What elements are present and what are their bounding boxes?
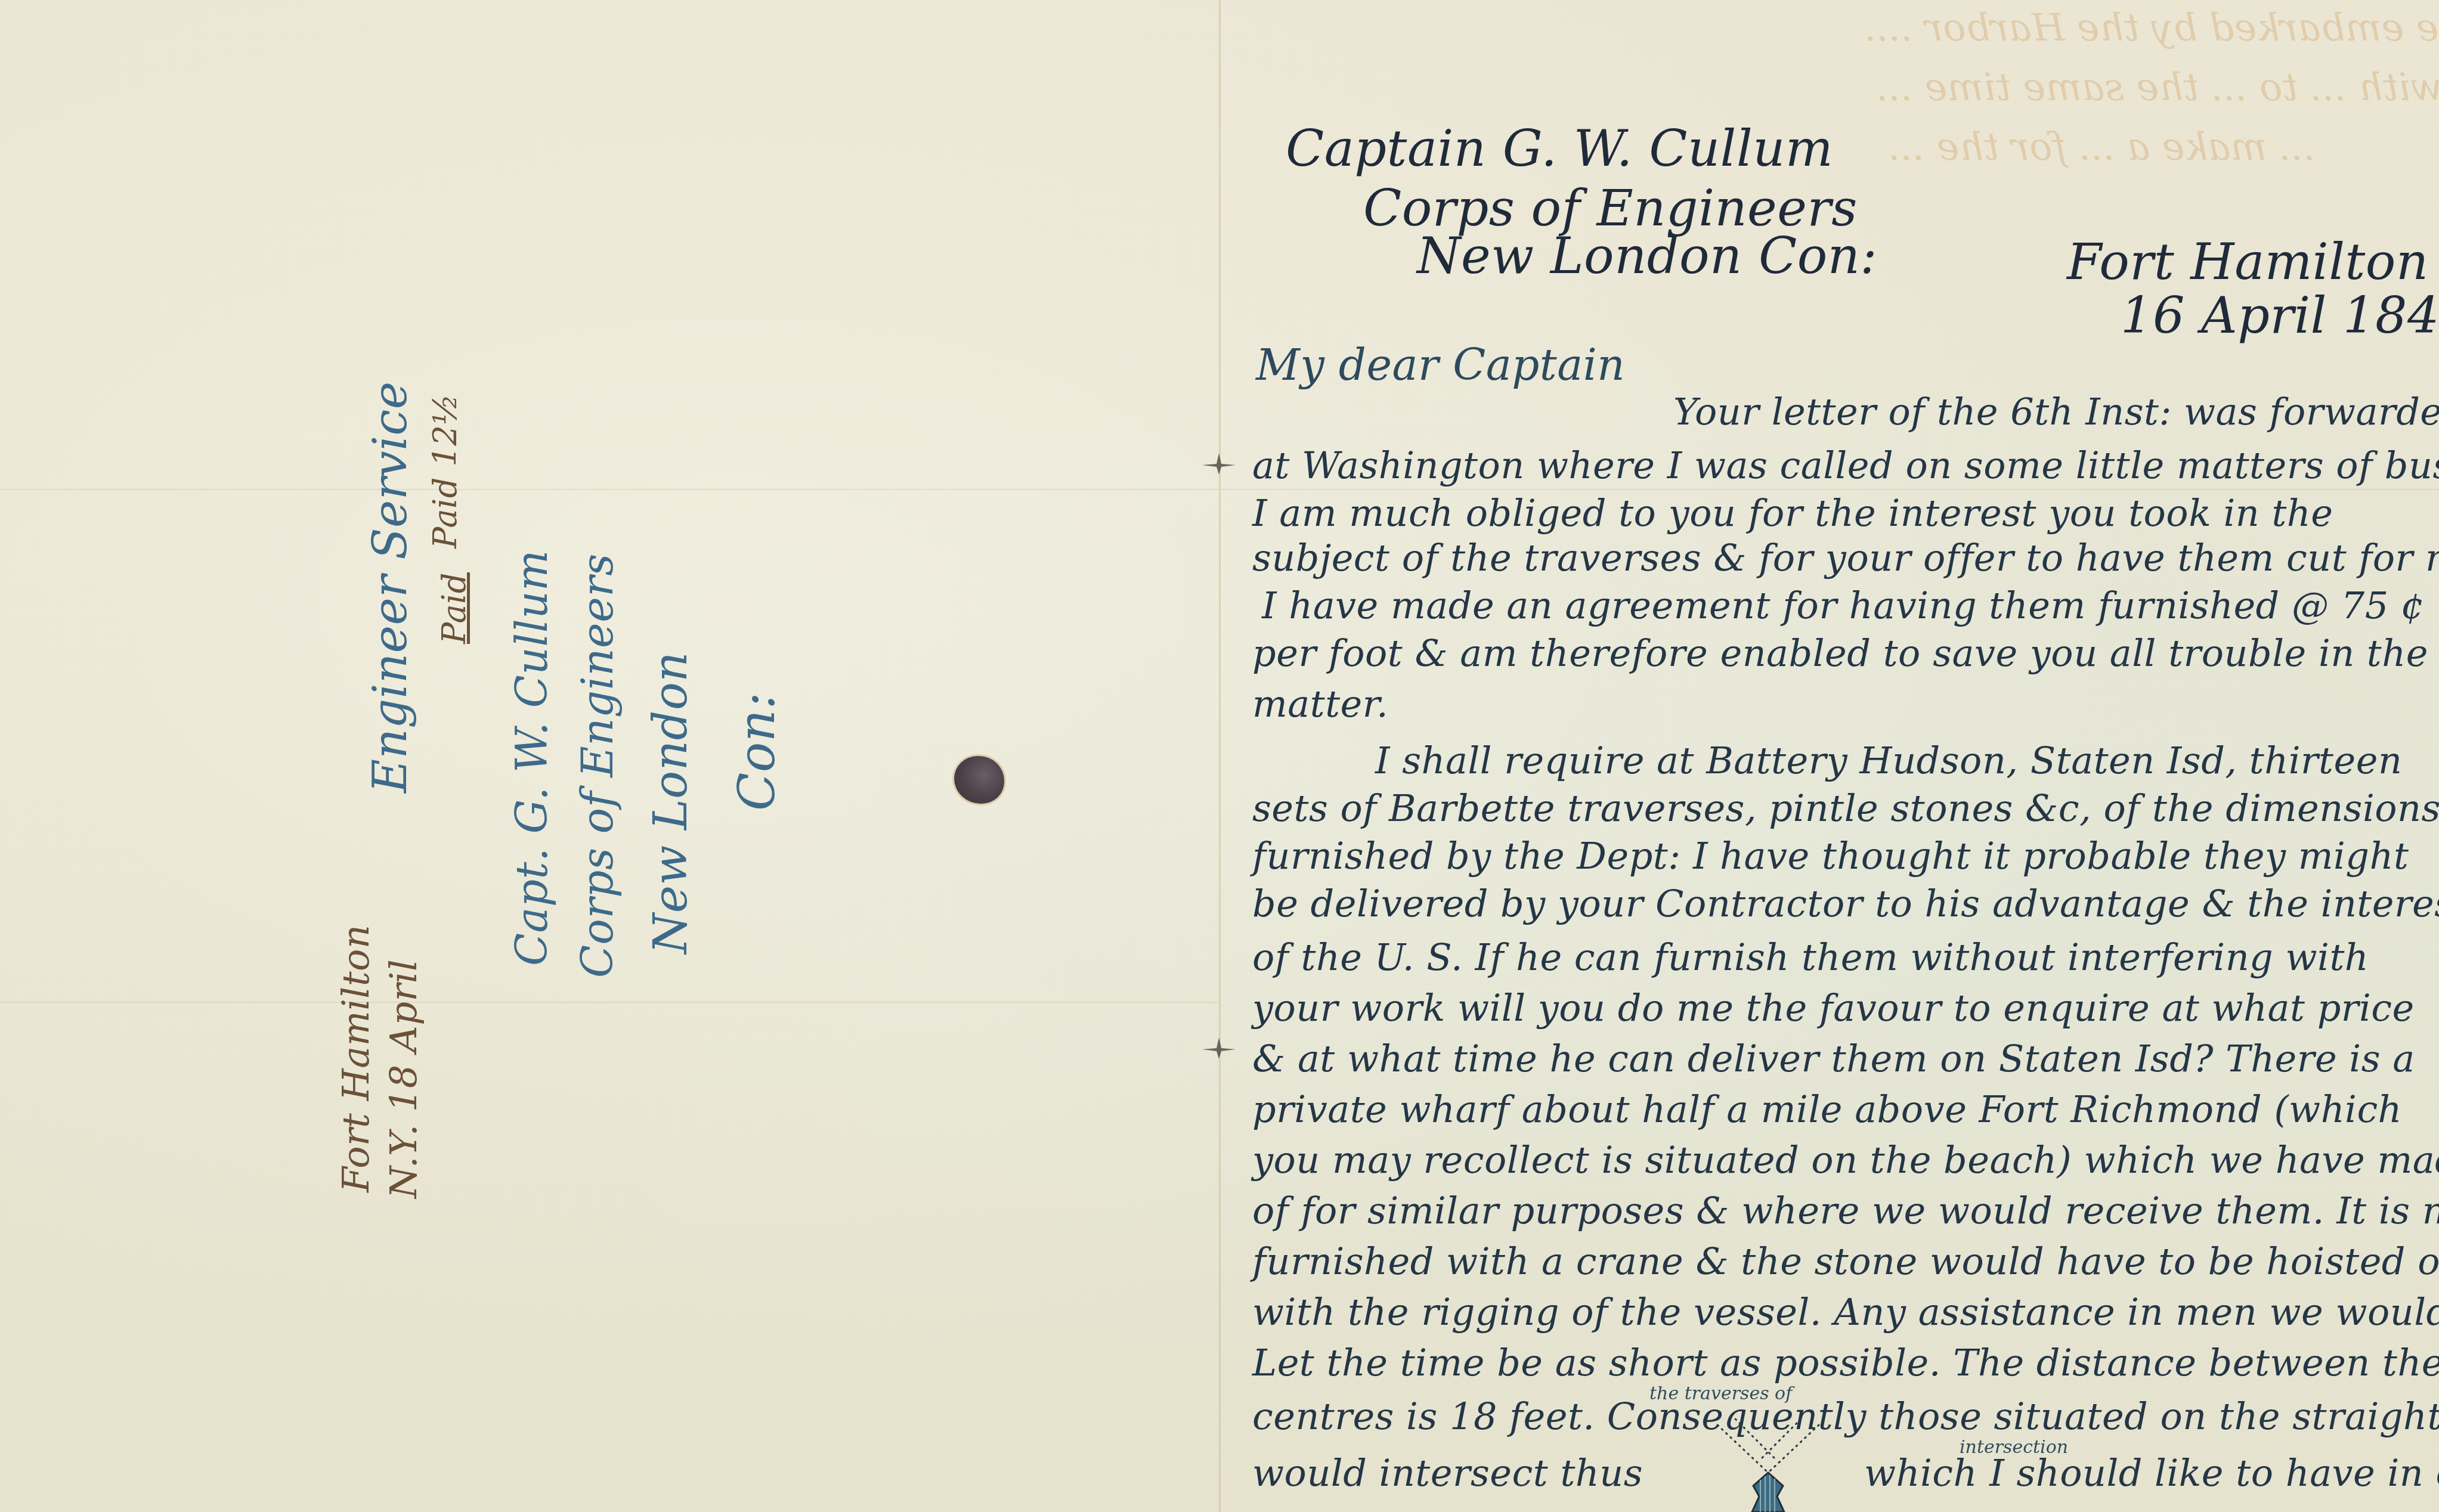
endorse-address-2: Corps of Engineers (572, 553, 623, 978)
letter-spread: Fort Hamilton N.Y. 18 April Engineer Ser… (0, 0, 2439, 1512)
body-line: private wharf about half a mile above Fo… (1252, 1091, 2402, 1128)
fold-line (0, 1002, 1218, 1003)
body-line: sets of Barbette traverses, pintle stone… (1252, 790, 2439, 827)
body-line: at Washington where I was called on some… (1252, 447, 2439, 484)
address-recipient: Captain G. W. Cullum (1286, 119, 1833, 178)
interlinear-note: intersection (1960, 1437, 2068, 1458)
postage-rate: Paid 12½ (426, 394, 464, 549)
bleed-through-text: be embarked by the Harbor .... (1864, 6, 2439, 50)
body-line: I shall require at Battery Hudson, State… (1375, 742, 2402, 779)
letter-place: Fort Hamilton N.Y. (2067, 233, 2439, 291)
salutation: My dear Captain (1256, 340, 1625, 390)
body-line: furnished with a crane & the stone would… (1252, 1243, 2439, 1280)
body-line: would intersect thus (1252, 1455, 1643, 1492)
interlinear-note: the traverses of (1649, 1383, 1792, 1404)
paid-label: Paid (435, 572, 473, 644)
wax-seal-icon (954, 756, 1004, 804)
body-line: Let the time be as short as possible. Th… (1252, 1344, 2439, 1381)
endorse-address-1: Capt. G. W. Cullum (507, 550, 557, 966)
body-line: which I should like to have in one piece (1864, 1455, 2439, 1492)
right-page-letter: be embarked by the Harbor .... upon with… (1220, 0, 2439, 1512)
body-line: of the U. S. If he can furnish them with… (1252, 939, 2369, 976)
postmark-line-1: Fort Hamilton (334, 925, 377, 1192)
body-line: with the rigging of the vessel. Any assi… (1252, 1294, 2439, 1331)
body-line: furnished by the Dept: I have thought it… (1252, 838, 2409, 875)
bleed-through-text: upon with ... to ... the same time ... (1876, 66, 2439, 110)
body-line: be delivered by your Contractor to his a… (1252, 885, 2439, 922)
endorse-address-4: Con: (728, 692, 786, 811)
fold-line (1220, 489, 2439, 490)
body-line: you may recollect is situated on the bea… (1252, 1142, 2439, 1179)
body-line: Your letter of the 6th Inst: was forward… (1673, 394, 2439, 430)
address-city: New London Con: (1417, 227, 1877, 285)
postmark-line-2: N.Y. 18 April (382, 959, 425, 1198)
left-page-cover: Fort Hamilton N.Y. 18 April Engineer Ser… (0, 0, 1218, 1512)
traverse-intersection-drawing-icon (1711, 1413, 1825, 1512)
endorse-address-3: New London (644, 652, 698, 954)
bleed-through-text: ... make a ... for the ... (1888, 125, 2315, 169)
body-line: subject of the traverses & for your offe… (1252, 540, 2439, 577)
body-line: of for similar purposes & where we would… (1252, 1192, 2439, 1229)
body-line: centres is 18 feet. Consequently those s… (1252, 1398, 2439, 1435)
body-line: your work will you do me the favour to e… (1252, 990, 2415, 1027)
body-line: & at what time he can deliver them on St… (1252, 1040, 2415, 1077)
body-line: I have made an agreement for having them… (1262, 587, 2425, 624)
body-line: matter. (1252, 686, 1388, 723)
letter-date: 16 April 1842 (2121, 286, 2439, 345)
body-line: I am much obliged to you for the interes… (1252, 495, 2333, 532)
body-line: per foot & am therefore enabled to save … (1252, 635, 2428, 672)
fold-line (0, 489, 1218, 490)
service-line: Engineer Service (364, 382, 417, 793)
